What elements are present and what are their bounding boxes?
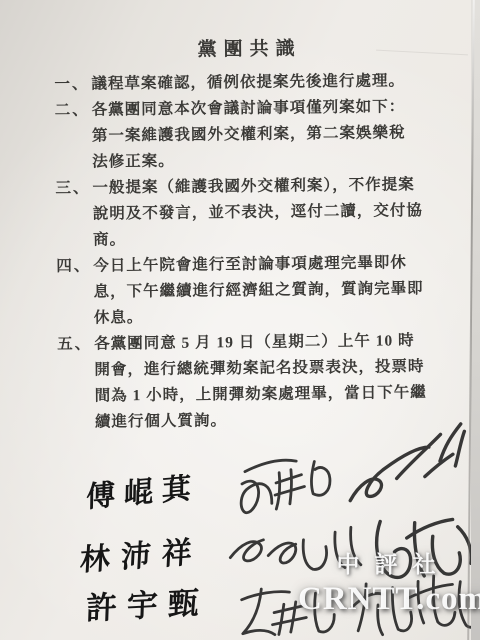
consensus-item-4: 四、 今日上午院會進行至討論事項處理完畢即休 息，下午繼續進行經濟組之質詢，質詢… <box>56 250 441 332</box>
signature-scribble <box>229 441 345 522</box>
document-title: 黨團共識 <box>54 32 438 63</box>
item-number: 三、 <box>55 176 92 202</box>
signature-scribble <box>231 576 353 640</box>
item-number: 四、 <box>56 254 93 280</box>
consensus-item-5: 五、 各黨團同意 5 月 19 日（星期二）上午 10 時 開會，進行總統彈劾案… <box>57 328 442 436</box>
signature-handwritten: 林沛祥 <box>79 527 204 580</box>
item-number: 五、 <box>57 332 94 358</box>
consensus-item-3: 三、 一般提案（維護我國外交權利案），不作提案 說明及不發言，並不表決，逕付二讀… <box>55 172 440 254</box>
consensus-item-2: 二、 各黨團同意本次會議討論事項僅列案如下： 第一案維護我國外交權利案，第二案娛… <box>55 94 440 176</box>
document-page-photo: 黨團共識 一、 議程草案確認，循例依提案先後進行處理。 二、 各黨團同意本次會議… <box>0 0 472 640</box>
item-text: 各黨團同意 5 月 19 日（星期二）上午 10 時 開會，進行總統彈劾案記名投… <box>94 328 442 436</box>
signature-handwritten: 傅崐萁 <box>86 465 200 516</box>
item-number: 二、 <box>55 98 92 124</box>
item-text: 今日上午院會進行至討論事項處理完畢即休 息，下午繼續進行經濟組之質詢，質詢完畢即… <box>93 250 441 332</box>
item-text: 一般提案（維護我國外交權利案），不作提案 說明及不發言，並不表決，逕付二讀，交付… <box>92 172 440 254</box>
item-number: 一、 <box>54 72 91 98</box>
signature-scribble <box>341 560 480 640</box>
signature-handwritten: 許宇甄 <box>85 577 209 629</box>
item-text: 議程草案確認，循例依提案先後進行處理。 <box>91 68 438 98</box>
printed-text-block: 黨團共識 一、 議程草案確認，循例依提案先後進行處理。 二、 各黨團同意本次會議… <box>54 32 442 436</box>
item-text: 各黨團同意本次會議討論事項僅列案如下： 第一案維護我國外交權利案，第二案娛樂稅 … <box>92 94 440 176</box>
consensus-item-1: 一、 議程草案確認，循例依提案先後進行處理。 <box>54 68 438 98</box>
